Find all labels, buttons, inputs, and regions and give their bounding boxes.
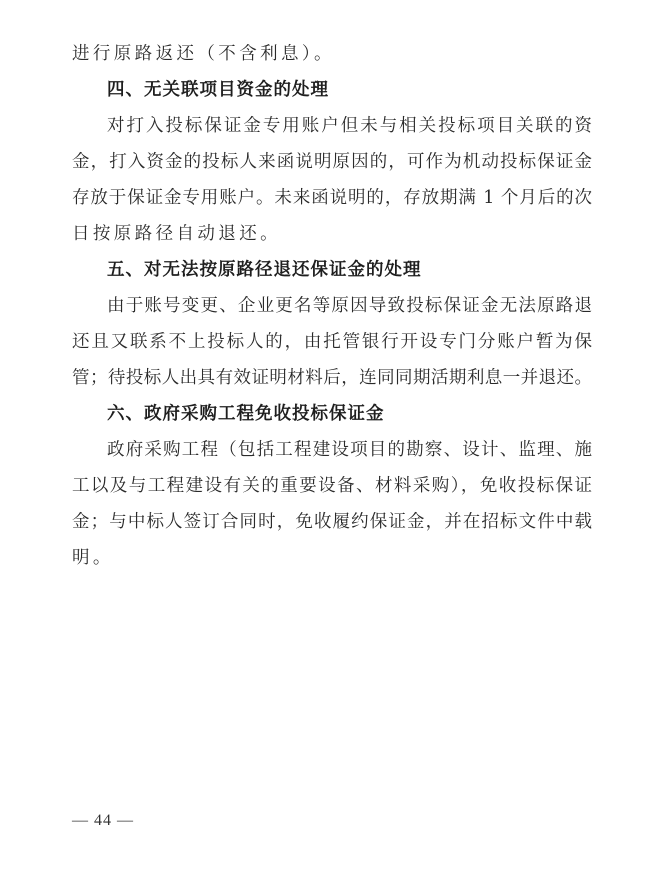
body-line: 明。 — [72, 540, 592, 576]
page-number: — 44 — — [72, 812, 134, 830]
body-line: 日按原路径自动退还。 — [72, 216, 592, 252]
body-line: 金，打入资金的投标人来函说明原因的，可作为机动投标保证金 — [72, 144, 592, 180]
body-line: 金；与中标人签订合同时，免收履约保证金，并在招标文件中载 — [72, 504, 592, 540]
body-line: 还且又联系不上投标人的，由托管银行开设专门分账户暂为保 — [72, 324, 592, 360]
section-heading-6: 六、政府采购工程免收投标保证金 — [107, 396, 592, 432]
section-heading-4: 四、无关联项目资金的处理 — [107, 72, 592, 108]
section-heading-5: 五、对无法按原路径退还保证金的处理 — [107, 252, 592, 288]
body-line: 政府采购工程（包括工程建设项目的勘察、设计、监理、施 — [107, 432, 592, 468]
body-line: 进行原路返还（不含利息）。 — [72, 36, 592, 72]
body-line: 管；待投标人出具有效证明材料后，连同同期活期利息一并退还。 — [72, 360, 592, 396]
body-line: 工以及与工程建设有关的重要设备、材料采购），免收投标保证 — [72, 468, 592, 504]
body-line: 存放于保证金专用账户。未来函说明的，存放期满 1 个月后的次 — [72, 180, 592, 216]
body-line: 由于账号变更、企业更名等原因导致投标保证金无法原路退 — [107, 288, 592, 324]
body-line: 对打入投标保证金专用账户但未与相关投标项目关联的资 — [107, 108, 592, 144]
